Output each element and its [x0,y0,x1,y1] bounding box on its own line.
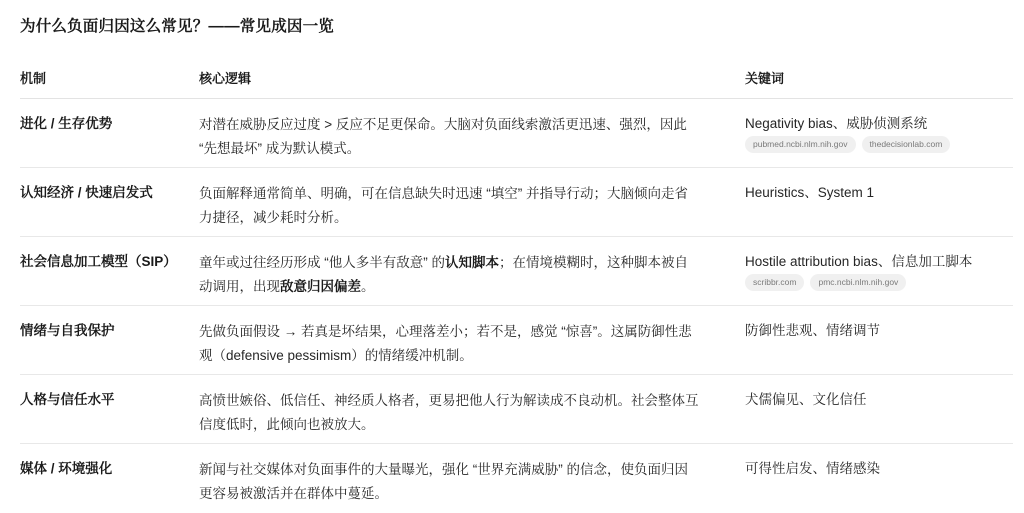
column-header-keywords: 关键词 [745,68,1013,90]
logic-text-line: 对潜在威胁反应过度 > 反应不足更保命。大脑对负面线索激活更迅速、强烈，因此 [199,113,745,137]
table-row: 媒体 / 环境强化 新闻与社交媒体对负面事件的大量曝光，强化 “世界充满威胁” … [20,444,1013,513]
logic-text-line: 新闻与社交媒体对负面事件的大量曝光，强化 “世界充满威胁” 的信念，使负面归因 [199,458,745,482]
keywords-cell: Hostile attribution bias、信息加工脚本 scribbr.… [745,251,1013,305]
mechanism-cell: 社会信息加工模型（SIP） [20,251,199,305]
keywords-text: Negativity bias、威胁侦测系统 [745,113,1013,135]
bold-term-hostile-attribution-bias: 敌意归因偏差 [280,279,361,294]
table-row: 人格与信任水平 高愤世嫉俗、低信任、神经质人格者，更易把他人行为解读成不良动机。… [20,375,1013,444]
logic-cell: 新闻与社交媒体对负面事件的大量曝光，强化 “世界充满威胁” 的信念，使负面归因 … [199,458,745,513]
keywords-cell: Negativity bias、威胁侦测系统 pubmed.ncbi.nlm.n… [745,113,1013,167]
logic-text: ；在情境模糊时，这种脚本被自 [499,255,688,270]
keywords-text: 犬儒偏见、文化信任 [745,389,1013,411]
logic-cell: 对潜在威胁反应过度 > 反应不足更保命。大脑对负面线索激活更迅速、强烈，因此 “… [199,113,745,167]
table-row: 进化 / 生存优势 对潜在威胁反应过度 > 反应不足更保命。大脑对负面线索激活更… [20,99,1013,168]
table-row: 认知经济 / 快速启发式 负面解释通常简单、明确，可在信息缺失时迅速 “填空” … [20,168,1013,237]
logic-text-line: 童年或过往经历形成 “他人多半有敌意” 的认知脚本；在情境模糊时，这种脚本被自 [199,251,745,275]
mechanism-cell: 认知经济 / 快速启发式 [20,182,199,236]
logic-text-line: 观（defensive pessimism）的情绪缓冲机制。 [199,344,745,368]
logic-text-line: 更容易被激活并在群体中蔓延。 [199,482,745,506]
keywords-text: Heuristics、System 1 [745,182,1013,204]
logic-text-line: 力捷径，减少耗时分析。 [199,206,745,230]
bold-term-cognitive-script: 认知脚本 [445,255,499,270]
page-title: 为什么负面归因这么常见？——常见成因一览 [20,14,334,36]
table-row: 社会信息加工模型（SIP） 童年或过往经历形成 “他人多半有敌意” 的认知脚本；… [20,237,1013,306]
column-header-logic: 核心逻辑 [199,67,745,91]
logic-text-line: 信度低时，此倾向也被放大。 [199,413,745,437]
mechanism-cell: 情绪与自我保护 [20,320,199,374]
keywords-text: Hostile attribution bias、信息加工脚本 [745,251,1013,273]
keywords-text: 可得性启发、情绪感染 [745,458,1013,480]
source-link-pill[interactable]: scribbr.com [745,274,804,291]
logic-cell: 童年或过往经历形成 “他人多半有敌意” 的认知脚本；在情境模糊时，这种脚本被自 … [199,251,745,305]
keywords-cell: 可得性启发、情绪感染 [745,458,1013,513]
keywords-text: 防御性悲观、情绪调节 [745,320,1013,342]
logic-text-line: 动调用，出现敌意归因偏差。 [199,275,745,299]
mechanism-cell: 人格与信任水平 [20,389,199,443]
source-link-pill[interactable]: pmc.ncbi.nlm.nih.gov [810,274,906,291]
table-row: 情绪与自我保护 先做负面假设 → 若真是坏结果，心理落差小；若不是，感觉 “惊喜… [20,306,1013,375]
keywords-cell: Heuristics、System 1 [745,182,1013,236]
causes-table: 机制 核心逻辑 关键词 进化 / 生存优势 对潜在威胁反应过度 > 反应不足更保… [20,60,1013,513]
table-header-row: 机制 核心逻辑 关键词 [20,60,1013,99]
column-header-mechanism: 机制 [20,68,199,90]
logic-text-line: 负面解释通常简单、明确，可在信息缺失时迅速 “填空” 并指导行动；大脑倾向走省 [199,182,745,206]
source-link-pill[interactable]: pubmed.ncbi.nlm.nih.gov [745,136,856,153]
logic-text: 。 [361,279,375,294]
logic-cell: 负面解释通常简单、明确，可在信息缺失时迅速 “填空” 并指导行动；大脑倾向走省 … [199,182,745,236]
logic-text: 童年或过往经历形成 “他人多半有敌意” 的 [199,255,445,270]
mechanism-cell: 媒体 / 环境强化 [20,458,199,513]
keywords-cell: 犬儒偏见、文化信任 [745,389,1013,443]
logic-text-line: 高愤世嫉俗、低信任、神经质人格者，更易把他人行为解读成不良动机。社会整体互 [199,389,745,413]
source-citations: pubmed.ncbi.nlm.nih.gov thedecisionlab.c… [745,136,1013,153]
logic-text-line: 先做负面假设 → 若真是坏结果，心理落差小；若不是，感觉 “惊喜”。这属防御性悲 [199,320,745,344]
logic-text: 动调用，出现 [199,279,280,294]
source-citations: scribbr.com pmc.ncbi.nlm.nih.gov [745,274,1013,291]
mechanism-cell: 进化 / 生存优势 [20,113,199,167]
source-link-pill[interactable]: thedecisionlab.com [862,136,951,153]
logic-cell: 先做负面假设 → 若真是坏结果，心理落差小；若不是，感觉 “惊喜”。这属防御性悲… [199,320,745,374]
logic-text-line: “先想最坏” 成为默认模式。 [199,137,745,161]
keywords-cell: 防御性悲观、情绪调节 [745,320,1013,374]
logic-cell: 高愤世嫉俗、低信任、神经质人格者，更易把他人行为解读成不良动机。社会整体互 信度… [199,389,745,443]
